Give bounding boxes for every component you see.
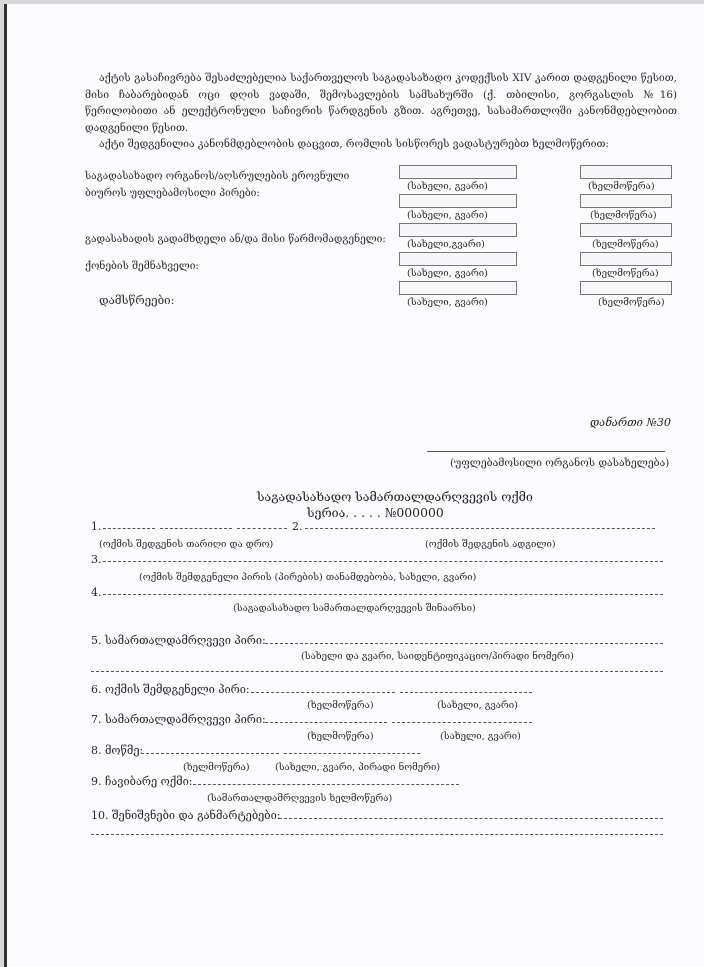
org-name-caption: (უფლებამოსილი ორგანოს დასახელება) bbox=[450, 457, 669, 469]
custodian-label: ქონების შემნახველი: bbox=[85, 261, 199, 272]
item-3-field[interactable] bbox=[103, 561, 663, 562]
name-box-3[interactable] bbox=[399, 223, 517, 237]
taxpayer-label: გადასახადის გადამხდელი ან/და მისი წარმომ… bbox=[85, 234, 386, 245]
item-1-caption: (ოქმის შედგენის თარიღი და დრო) bbox=[99, 539, 273, 550]
protocol-series: სერია. . . . . №000000 bbox=[307, 505, 444, 520]
item-1-date-field[interactable] bbox=[103, 528, 155, 529]
signature-box-3[interactable] bbox=[580, 223, 672, 237]
name-caption-4: (სახელი, გვარი) bbox=[407, 268, 488, 279]
attendees-label: დამსწრეები: bbox=[99, 293, 174, 307]
item-8-signature-caption: (ხელმოწერა) bbox=[183, 762, 250, 773]
name-box-4[interactable] bbox=[399, 252, 517, 266]
name-caption-1: (სახელი, გვარი) bbox=[407, 181, 488, 192]
signature-caption-4: (ხელმოწერა) bbox=[592, 268, 659, 279]
signature-caption-5: (ხელმოწერა) bbox=[598, 297, 665, 308]
item-3-number: 3. bbox=[91, 553, 102, 566]
signature-box-1[interactable] bbox=[580, 165, 672, 179]
name-caption-2: (სახელი, გვარი) bbox=[407, 210, 488, 221]
item-7-label: 7. სამართალდამრღვევი პირი: bbox=[91, 713, 266, 726]
org-name-line[interactable] bbox=[427, 451, 665, 452]
item-5-label: 5. სამართალდამრღვევი პირი: bbox=[91, 634, 266, 647]
item-7-name-caption: (სახელი, გვარი) bbox=[440, 731, 521, 742]
item-5-field[interactable] bbox=[265, 643, 663, 644]
item-6-name-field[interactable] bbox=[400, 692, 532, 693]
item-6-label: 6. ოქმის შემდგენელი პირი: bbox=[91, 683, 250, 696]
signature-box-4[interactable] bbox=[580, 252, 672, 266]
name-box-2[interactable] bbox=[399, 194, 517, 208]
signature-caption-1: (ხელმოწერა) bbox=[588, 181, 655, 192]
name-caption-5: (სახელი, გვარი) bbox=[407, 297, 488, 308]
item-6-signature-caption: (ხელმოწერა) bbox=[307, 700, 374, 711]
name-box-1[interactable] bbox=[399, 165, 517, 179]
item-7-signature-field[interactable] bbox=[265, 722, 387, 723]
item-4-caption: (საგადასახადო სამართალდარღვევის შინაარსი… bbox=[233, 603, 476, 614]
name-caption-3: (სახელი,გვარი) bbox=[407, 239, 485, 250]
intro-text: აქტის გასაჩივრება შესაძლებელია საქართველ… bbox=[85, 70, 677, 153]
item-7-signature-caption: (ხელმოწერა) bbox=[307, 731, 374, 742]
item-1-number: 1. bbox=[91, 520, 102, 533]
intro-paragraph-2: აქტი შედგენილია კანონმდებლობის დაცვით, რ… bbox=[85, 136, 677, 153]
item-9-label: 9. ჩავიბარე ოქმი: bbox=[91, 775, 192, 788]
item-6-signature-field[interactable] bbox=[251, 692, 395, 693]
item-4-number: 4. bbox=[91, 586, 102, 599]
item-9-caption: (სამართალდამრღვევის ხელმოწერა) bbox=[207, 793, 392, 804]
item-5-field-continued[interactable] bbox=[91, 671, 663, 672]
item-10-label: 10. შენიშვნები და განმარტებები: bbox=[91, 809, 280, 822]
annex-label: დანართი №30 bbox=[590, 416, 671, 429]
item-9-field[interactable] bbox=[193, 784, 459, 785]
item-8-label: 8. მოწმე: bbox=[91, 744, 143, 757]
name-box-5[interactable] bbox=[399, 281, 517, 295]
item-2-number: 2. bbox=[292, 520, 303, 533]
item-2-field[interactable] bbox=[305, 528, 655, 529]
item-10-field[interactable] bbox=[279, 818, 663, 819]
item-5-caption: (სახელი და გვარი, საიდენტიფიკაციო/პირადი… bbox=[301, 651, 574, 662]
item-8-name-caption: (სახელი, გვარი, პირადი ნომერი) bbox=[275, 762, 440, 773]
document-page: აქტის გასაჩივრება შესაძლებელია საქართველ… bbox=[4, 4, 704, 967]
protocol-title: საგადასახადო სამართალდარღვევის ოქმი bbox=[257, 489, 533, 504]
item-1-extra-field[interactable] bbox=[237, 528, 287, 529]
item-6-name-caption: (სახელი, გვარი) bbox=[437, 700, 518, 711]
signature-box-5[interactable] bbox=[580, 281, 672, 295]
item-1-time-field[interactable] bbox=[160, 528, 232, 529]
intro-paragraph-1: აქტის გასაჩივრება შესაძლებელია საქართველ… bbox=[85, 70, 677, 136]
item-8-name-field[interactable] bbox=[284, 753, 420, 754]
signature-caption-2: (ხელმოწერა) bbox=[590, 210, 657, 221]
item-8-signature-field[interactable] bbox=[141, 753, 279, 754]
item-4-field[interactable] bbox=[103, 594, 663, 595]
item-7-name-field[interactable] bbox=[392, 722, 532, 723]
item-2-caption: (ოქმის შედგენის ადგილი) bbox=[425, 539, 556, 550]
item-3-caption: (ოქმის შემდგენელი პირის (პირების) თანამდ… bbox=[139, 572, 476, 583]
officials-label: საგადასახადო ორგანოს/აღსრულების ეროვნული… bbox=[85, 168, 355, 202]
signature-box-2[interactable] bbox=[580, 194, 672, 208]
signature-caption-3: (ხელმოწერა) bbox=[592, 239, 659, 250]
item-10-field-continued[interactable] bbox=[91, 834, 663, 835]
